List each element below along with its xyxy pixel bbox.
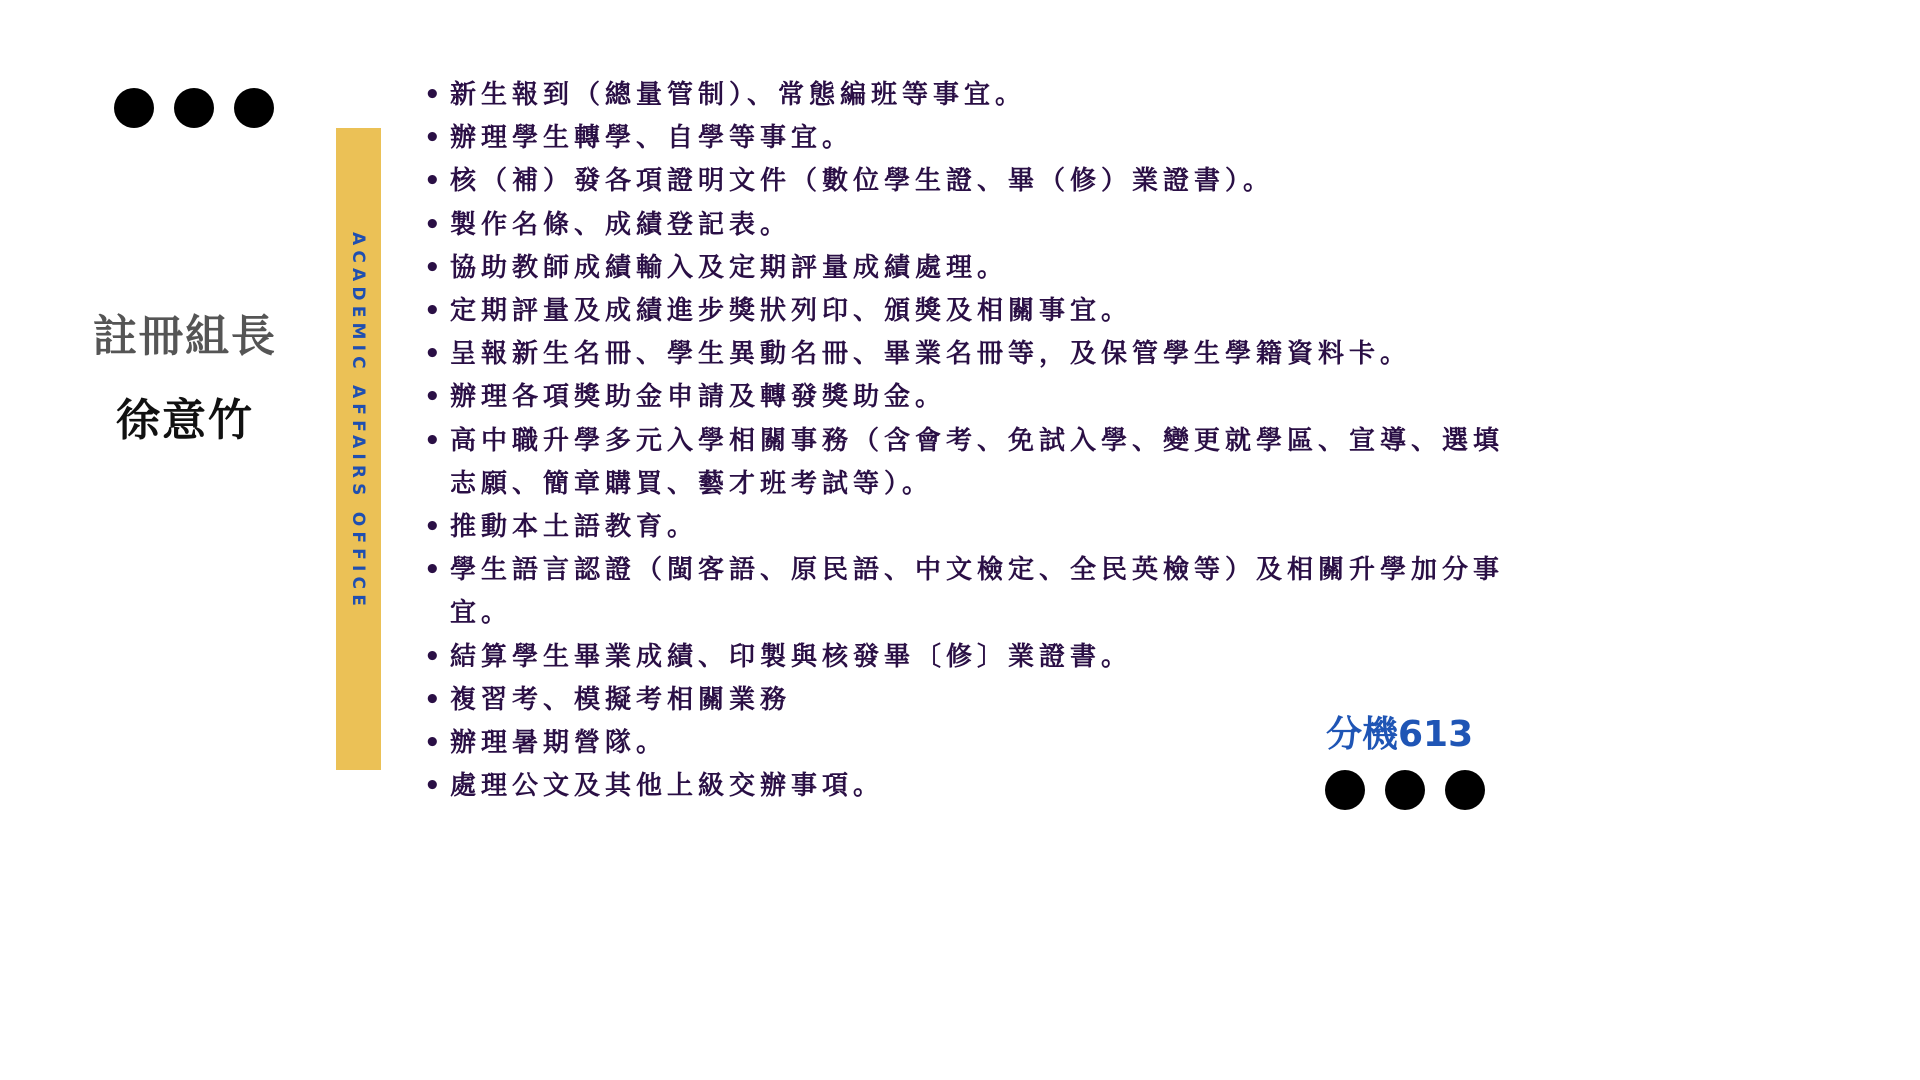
duty-item: •定期評量及成績進步獎狀列印、頒獎及相關事宜。	[422, 290, 1522, 333]
decorative-dots-top	[114, 88, 274, 128]
duty-item: •高中職升學多元入學相關事務（含會考、免試入學、變更就學區、宣導、選填志願、簡章…	[422, 420, 1522, 506]
bullet-icon: •	[424, 290, 446, 333]
decorative-dots-bottom	[1325, 770, 1485, 810]
dot-icon	[1385, 770, 1425, 810]
bullet-icon: •	[424, 376, 446, 419]
duty-item: •新生報到（總量管制）、常態編班等事宜。	[422, 74, 1522, 117]
duty-item: •呈報新生名冊、學生異動名冊、畢業名冊等，及保管學生學籍資料卡。	[422, 333, 1522, 376]
bullet-icon: •	[424, 333, 446, 376]
duty-item: •協助教師成績輸入及定期評量成績處理。	[422, 247, 1522, 290]
person-name: 徐意竹	[60, 384, 310, 448]
duty-item: •學生語言認證（閩客語、原民語、中文檢定、全民英檢等）及相關升學加分事宜。	[422, 549, 1522, 635]
bullet-icon: •	[424, 74, 446, 117]
dot-icon	[1445, 770, 1485, 810]
phone-extension: 分機613	[1326, 706, 1473, 757]
role-title: 註冊組長	[60, 300, 310, 364]
bullet-icon: •	[424, 420, 446, 463]
bullet-icon: •	[424, 636, 446, 679]
bullet-icon: •	[424, 160, 446, 203]
bullet-icon: •	[424, 679, 446, 722]
duties-list: •新生報到（總量管制）、常態編班等事宜。 •辦理學生轉學、自學等事宜。 •核（補…	[422, 74, 1522, 808]
bullet-icon: •	[424, 506, 446, 549]
duty-item: •結算學生畢業成績、印製與核發畢〔修〕業證書。	[422, 636, 1522, 679]
bullet-icon: •	[424, 549, 446, 592]
bullet-icon: •	[424, 722, 446, 765]
dot-icon	[234, 88, 274, 128]
duty-item: •核（補）發各項證明文件（數位學生證、畢（修）業證書）。	[422, 160, 1522, 203]
office-label: ACADEMIC AFFAIRS OFFICE	[348, 232, 368, 611]
duty-item: •辦理學生轉學、自學等事宜。	[422, 117, 1522, 160]
duty-item: •推動本土語教育。	[422, 506, 1522, 549]
bullet-icon: •	[424, 117, 446, 160]
duty-item: •辦理各項獎助金申請及轉發獎助金。	[422, 376, 1522, 419]
bullet-icon: •	[424, 247, 446, 290]
dot-icon	[174, 88, 214, 128]
bullet-icon: •	[424, 765, 446, 808]
bullet-icon: •	[424, 204, 446, 247]
duty-item: •製作名條、成績登記表。	[422, 204, 1522, 247]
dot-icon	[114, 88, 154, 128]
dot-icon	[1325, 770, 1365, 810]
